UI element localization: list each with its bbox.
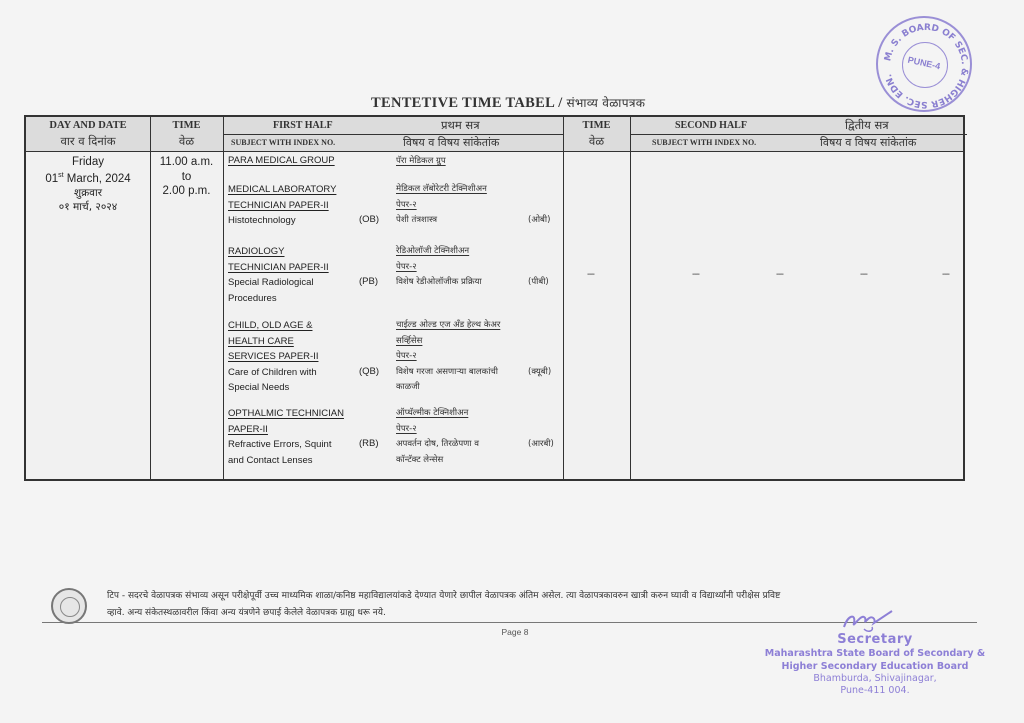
date-day: 01 xyxy=(45,173,58,185)
index-code: (RB) xyxy=(359,438,379,449)
second-half-time: --- xyxy=(587,269,594,280)
date-marathi: ०१ मार्च, २०२४ xyxy=(26,200,150,214)
paper-title-line: TECHNICIAN PAPER-II xyxy=(228,198,336,214)
index-code: (OB) xyxy=(359,214,379,225)
paper-title-line: TECHNICIAN PAPER-II xyxy=(228,260,329,276)
date-month-year: March, 2024 xyxy=(64,173,131,185)
timetable-page: M. S. BOARD OF SEC. & HIGHER SEC. EDN. P… xyxy=(0,0,1024,723)
subject-english: OPTHALMIC TECHNICIANPAPER-IIRefractive E… xyxy=(228,406,344,468)
group-mr: पॅरा मेडिकल ग्रुप xyxy=(396,156,446,166)
subject-english: MEDICAL LABORATORYTECHNICIAN PAPER-IIHis… xyxy=(228,182,336,229)
subject-name-line-mr: अपवर्तन दोष, तिरळेपणा व xyxy=(396,437,479,453)
second-half-cell: --- xyxy=(692,269,699,280)
group-en: PARA MEDICAL GROUP xyxy=(228,155,335,166)
second-half-cell: --- xyxy=(942,269,949,280)
paper-title-line: PAPER-II xyxy=(228,422,344,438)
subject-name-line: and Contact Lenses xyxy=(228,453,344,469)
subject-name-line: Refractive Errors, Squint xyxy=(228,437,344,453)
index-code-mr: (क्यूबी) xyxy=(528,366,551,377)
subject-english: RADIOLOGYTECHNICIAN PAPER-IISpecial Radi… xyxy=(228,244,329,306)
signatory-stamp: Secretary Maharashtra State Board of Sec… xyxy=(760,632,990,697)
header-first-half: FIRST HALF प्रथम सत्र SUBJECT WITH INDEX… xyxy=(223,117,563,151)
index-code-mr: (आरबी) xyxy=(528,438,554,449)
paper-title-line: OPTHALMIC TECHNICIAN xyxy=(228,406,344,422)
subject-marathi: मेडिकल लॅबोरेटरी टेक्निशीअनपेपर-२पेशी तं… xyxy=(396,182,487,229)
paper-title-line-mr: सर्व्हिसेस xyxy=(396,334,500,350)
footer-note-line-1: टिप - सदरचे वेळापत्रक संभाव्य असून परीक्… xyxy=(107,588,987,605)
header-first-half-en: FIRST HALF xyxy=(273,120,333,131)
subject-name-line-mr: विशेष रेडीओलॉजीक प्रक्रिया xyxy=(396,275,482,291)
day-marathi: शुक्रवार xyxy=(26,186,150,200)
paper-title-line-mr: मेडिकल लॅबोरेटरी टेक्निशीअन xyxy=(396,182,487,198)
subject-name-line-mr: विशेष गरजा असणाऱ्या बालकांची xyxy=(396,365,500,381)
paper-title-line-mr: चाईल्ड ओल्ड एज अँड हेल्थ केअर xyxy=(396,318,500,334)
signatory-address-1: Bhamburda, Shivajinagar, xyxy=(760,673,990,685)
paper-title-line-mr: पेपर-२ xyxy=(396,422,479,438)
paper-title-line: MEDICAL LABORATORY xyxy=(228,182,336,198)
header-subject2-mr: विषय व विषय सांकेतांक xyxy=(820,135,916,150)
header-time-mr: वेळ xyxy=(150,134,223,149)
index-code-mr: (ओबी) xyxy=(528,214,550,225)
header-time: TIME वेळ xyxy=(150,117,223,151)
subject-name-line: Histotechnology xyxy=(228,213,336,229)
subject-marathi: ऑप्थॅल्मीक टेक्निशीअनपेपर-२अपवर्तन दोष, … xyxy=(396,406,479,468)
subject-name-line: Procedures xyxy=(228,291,329,307)
header-subject-en: SUBJECT WITH INDEX NO. xyxy=(231,138,335,147)
subject-name-line-mr: पेशी तंत्रशास्त्र xyxy=(396,213,487,229)
time-to: to xyxy=(150,170,223,185)
index-code: (PB) xyxy=(359,276,378,287)
signatory-org-1: Maharashtra State Board of Secondary & xyxy=(760,647,990,660)
board-emblem-icon xyxy=(51,588,87,624)
paper-title-line: RADIOLOGY xyxy=(228,244,329,260)
header-second-half-en: SECOND HALF xyxy=(675,120,747,131)
second-half-cell: --- xyxy=(860,269,867,280)
time-end: 2.00 p.m. xyxy=(150,184,223,199)
header-divider xyxy=(223,134,563,135)
paper-title-line-mr: पेपर-२ xyxy=(396,260,482,276)
subject-name-line-mr: काळजी xyxy=(396,380,500,396)
time-start: 11.00 a.m. xyxy=(150,155,223,170)
title-marathi: संभाव्य वेळापत्रक xyxy=(566,96,645,110)
group-title-marathi: पॅरा मेडिकल ग्रुप xyxy=(396,153,446,170)
column-divider xyxy=(630,117,631,479)
subject-marathi: रेडिओलॉजी टेक्निशीअनपेपर-२विशेष रेडीओलॉज… xyxy=(396,244,482,291)
subject-name-line-mr: कॉन्टॅक्ट लेन्सेस xyxy=(396,453,479,469)
header-divider-2 xyxy=(630,134,967,135)
index-code: (QB) xyxy=(359,366,379,377)
subject-name-line: Care of Children with xyxy=(228,365,318,381)
group-title-english: PARA MEDICAL GROUP xyxy=(228,153,335,169)
signatory-title: Secretary xyxy=(760,632,990,647)
column-divider xyxy=(223,117,224,479)
paper-title-line: HEALTH CARE xyxy=(228,334,318,350)
timetable: DAY AND DATE वार व दिनांक TIME वेळ FIRST… xyxy=(24,115,965,481)
board-stamp: M. S. BOARD OF SEC. & HIGHER SEC. EDN. P… xyxy=(876,16,972,112)
header-subject-mr: विषय व विषय सांकेतांक xyxy=(403,135,499,150)
second-half-cell: --- xyxy=(776,269,783,280)
paper-title-line-mr: रेडिओलॉजी टेक्निशीअन xyxy=(396,244,482,260)
header-time2-en: TIME xyxy=(563,120,630,131)
column-divider xyxy=(563,117,564,479)
index-code-mr: (पीबी) xyxy=(528,276,549,287)
paper-title-line-mr: ऑप्थॅल्मीक टेक्निशीअन xyxy=(396,406,479,422)
document-title: TENTETIVE TIME TABEL / संभाव्य वेळापत्रक xyxy=(371,94,645,112)
header-second-half-mr: द्वितीय सत्र xyxy=(845,118,889,133)
day-english: Friday xyxy=(26,155,150,169)
paper-title-line-mr: पेपर-२ xyxy=(396,198,487,214)
subject-name-line: Special Radiological xyxy=(228,275,329,291)
header-second-half: SECOND HALF द्वितीय सत्र SUBJECT WITH IN… xyxy=(630,117,967,151)
signatory-org-2: Higher Secondary Education Board xyxy=(760,660,990,673)
page-number: Page 8 xyxy=(490,627,540,637)
paper-title-line: SERVICES PAPER-II xyxy=(228,349,318,365)
subject-name-line: Special Needs xyxy=(228,380,318,396)
header-subject2-en: SUBJECT WITH INDEX NO. xyxy=(652,138,756,147)
header-day-date-mr: वार व दिनांक xyxy=(26,134,150,149)
header-day-date-en: DAY AND DATE xyxy=(26,120,150,131)
day-date-cell: Friday 01st March, 2024 शुक्रवार ०१ मार्… xyxy=(26,155,150,214)
header-time2-mr: वेळ xyxy=(563,134,630,149)
table-header: DAY AND DATE वार व दिनांक TIME वेळ FIRST… xyxy=(26,117,963,152)
signatory-address-2: Pune-411 004. xyxy=(760,685,990,697)
header-day-date: DAY AND DATE वार व दिनांक xyxy=(26,117,150,151)
header-first-half-mr: प्रथम सत्र xyxy=(441,118,480,133)
title-english: TENTETIVE TIME TABEL / xyxy=(371,95,563,111)
header-time-en: TIME xyxy=(150,120,223,131)
subject-marathi: चाईल्ड ओल्ड एज अँड हेल्थ केअरसर्व्हिसेसप… xyxy=(396,318,500,396)
time-cell: 11.00 a.m. to 2.00 p.m. xyxy=(150,155,223,199)
signature-icon xyxy=(838,605,898,635)
subject-english: CHILD, OLD AGE &HEALTH CARESERVICES PAPE… xyxy=(228,318,318,396)
header-time-2: TIME वेळ xyxy=(563,117,630,151)
paper-title-line: CHILD, OLD AGE & xyxy=(228,318,318,334)
date-english: 01st March, 2024 xyxy=(26,169,150,186)
footer-divider xyxy=(42,622,977,623)
paper-title-line-mr: पेपर-२ xyxy=(396,349,500,365)
